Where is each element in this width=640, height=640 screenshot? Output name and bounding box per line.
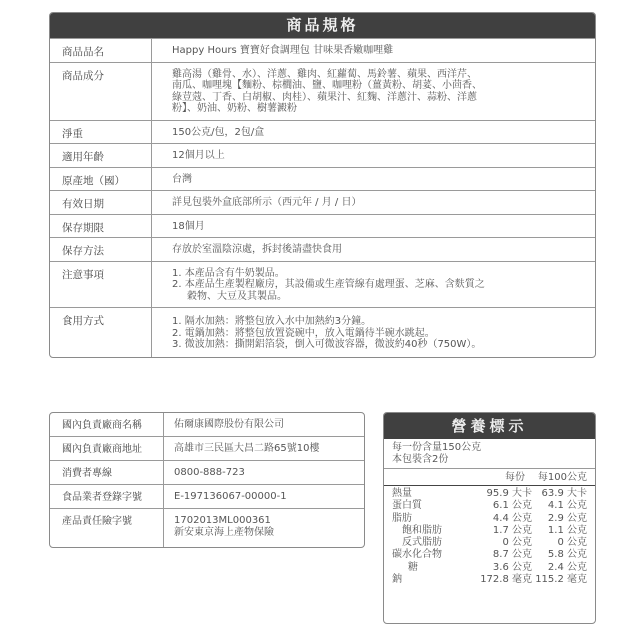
spec-value-line: 綠荳蔻、丁香、白胡椒、肉桂）、蘋果汁、紅麴、洋蔥汁、蒜粉、洋蔥	[172, 92, 595, 104]
note-item-continued: 穀物、大豆及其製品。	[172, 291, 595, 303]
nutrient-name: 蛋白質	[392, 500, 474, 512]
maker-label: 食品業者登錄字號	[50, 485, 164, 508]
nutrition-row-protein: 蛋白質 6.1 公克 4.1 公克	[384, 500, 595, 512]
spec-label: 食用方式	[50, 308, 152, 357]
nutrition-serving-info: 每一份含量150公克 本包裝含2份	[384, 439, 595, 469]
product-spec-table: 商品規格 商品品名 Happy Hours 寶寶好食調理包 甘味果香嫩咖哩雞 商…	[49, 12, 596, 358]
maker-value: 0800-888-723	[164, 461, 364, 484]
spec-label: 商品品名	[50, 39, 152, 62]
spec-value-line: 150公克/包，2包/盒	[172, 127, 595, 139]
per-100g-value: 2.9 公克	[532, 513, 587, 525]
nutrient-name: 反式脂肪	[392, 537, 474, 549]
per-100g-header: 每100公克	[525, 470, 587, 485]
per-serving-value: 6.1 公克	[474, 500, 532, 512]
spec-value: 雞高湯（雞骨、水）、洋蔥、雞肉、紅蘿蔔、馬鈴薯、蘋果、西洋芹、 南瓜、咖哩塊【麵…	[152, 63, 595, 120]
spec-value-line: 粉】、奶油、奶粉、樹薯澱粉	[172, 103, 595, 115]
maker-value: 1702013ML000361 新安東京海上產物保險	[164, 509, 364, 547]
per-100g-value: 2.4 公克	[532, 562, 587, 574]
spec-value: Happy Hours 寶寶好食調理包 甘味果香嫩咖哩雞	[152, 39, 595, 62]
spec-value-line: Happy Hours 寶寶好食調理包 甘味果香嫩咖哩雞	[172, 45, 595, 57]
nutrient-name: 糖	[392, 562, 474, 574]
per-serving-header: 每份	[470, 470, 525, 485]
maker-row-name: 國內負責廠商名稱 佑爾康國際股份有限公司	[50, 413, 364, 436]
spec-label: 有效日期	[50, 191, 152, 214]
nutrition-rows: 熱量 95.9 大卡 63.9 大卡 蛋白質 6.1 公克 4.1 公克 脂肪 …	[384, 486, 595, 586]
maker-value: 佑爾康國際股份有限公司	[164, 413, 364, 436]
nutrition-column-headers: 每份 每100公克	[384, 469, 595, 486]
usage-item: 3. 微波加熱：撕開鋁箔袋，倒入可微波容器，微波約40秒（750W）。	[172, 339, 595, 351]
spec-row-expiry: 有效日期 詳見包裝外盒底部所示（西元年 / 月 / 日）	[50, 190, 595, 214]
spec-label: 適用年齡	[50, 144, 152, 167]
maker-label: 國內負責廠商名稱	[50, 413, 164, 436]
nutrition-row-fat: 脂肪 4.4 公克 2.9 公克	[384, 513, 595, 525]
spec-label: 原產地（國）	[50, 168, 152, 191]
spec-label: 注意事項	[50, 262, 152, 308]
maker-value-line: E-197136067-00000-1	[174, 491, 364, 503]
nutrient-name: 鈉	[392, 574, 474, 586]
spec-value-line: 雞高湯（雞骨、水）、洋蔥、雞肉、紅蘿蔔、馬鈴薯、蘋果、西洋芹、	[172, 69, 595, 81]
maker-row-insurance: 產品責任險字號 1702013ML000361 新安東京海上產物保險	[50, 508, 364, 547]
per-100g-value: 115.2 毫克	[532, 574, 587, 586]
spec-value-line: 台灣	[172, 174, 595, 186]
spec-value-line: 南瓜、咖哩塊【麵粉、棕櫚油、鹽、咖哩粉（薑黃粉、胡荽、小茴香、	[172, 80, 595, 92]
spec-row-age: 適用年齡 12個月以上	[50, 143, 595, 167]
nutrition-title: 營養標示	[384, 413, 595, 439]
spec-value-line: 存放於室溫陰涼處，拆封後請盡快食用	[172, 244, 595, 256]
per-serving-value: 4.4 公克	[474, 513, 532, 525]
spec-row-notes: 注意事項 1. 本產品含有牛奶製品。 2. 本產品生產製程廠房，其設備或生產管線…	[50, 261, 595, 308]
per-serving-value: 172.8 毫克	[474, 574, 532, 586]
maker-row-hotline: 消費者專線 0800-888-723	[50, 460, 364, 484]
nutrition-facts-panel: 營養標示 每一份含量150公克 本包裝含2份 每份 每100公克 熱量 95.9…	[383, 412, 596, 624]
maker-value-line: 高雄市三民區大昌二路65號10樓	[174, 443, 364, 455]
spec-value-line: 18個月	[172, 221, 595, 233]
spec-label: 淨重	[50, 121, 152, 144]
nutrition-row-sugar: 糖 3.6 公克 2.4 公克	[384, 562, 595, 574]
spec-label: 商品成分	[50, 63, 152, 120]
serving-size: 每一份含量150公克	[392, 442, 587, 454]
nutrient-name: 碳水化合物	[392, 549, 474, 561]
nutrition-row-trans-fat: 反式脂肪 0 公克 0 公克	[384, 537, 595, 549]
spec-row-ingredients: 商品成分 雞高湯（雞骨、水）、洋蔥、雞肉、紅蘿蔔、馬鈴薯、蘋果、西洋芹、 南瓜、…	[50, 62, 595, 120]
spec-row-net-weight: 淨重 150公克/包，2包/盒	[50, 120, 595, 144]
spec-row-name: 商品品名 Happy Hours 寶寶好食調理包 甘味果香嫩咖哩雞	[50, 38, 595, 62]
spec-value: 150公克/包，2包/盒	[152, 121, 595, 144]
maker-value-line: 佑爾康國際股份有限公司	[174, 419, 364, 431]
maker-row-address: 國內負責廠商地址 高雄市三民區大昌二路65號10樓	[50, 436, 364, 460]
spec-row-storage: 保存方法 存放於室溫陰涼處，拆封後請盡快食用	[50, 237, 595, 261]
nutrition-row-energy: 熱量 95.9 大卡 63.9 大卡	[384, 488, 595, 500]
note-item: 1. 本產品含有牛奶製品。	[172, 268, 595, 280]
nutrition-row-sodium: 鈉 172.8 毫克 115.2 毫克	[384, 574, 595, 586]
usage-item: 2. 電鍋加熱：將整包放置瓷碗中，放入電鍋待半碗水跳起。	[172, 328, 595, 340]
maker-value: 高雄市三民區大昌二路65號10樓	[164, 437, 364, 460]
servings-per-package: 本包裝含2份	[392, 454, 587, 466]
per-serving-value: 95.9 大卡	[474, 488, 532, 500]
nutrient-name: 熱量	[392, 488, 474, 500]
maker-value-line: 新安東京海上產物保險	[174, 527, 364, 539]
spec-row-usage: 食用方式 1. 隔水加熱：將整包放入水中加熱約3分鐘。 2. 電鍋加熱：將整包放…	[50, 307, 595, 357]
maker-value-line: 1702013ML000361	[174, 515, 364, 527]
nutrition-row-carbohydrate: 碳水化合物 8.7 公克 5.8 公克	[384, 549, 595, 561]
per-100g-value: 5.8 公克	[532, 549, 587, 561]
spec-value: 存放於室溫陰涼處，拆封後請盡快食用	[152, 238, 595, 261]
maker-label: 產品責任險字號	[50, 509, 164, 547]
nutrient-name: 脂肪	[392, 513, 474, 525]
maker-label: 消費者專線	[50, 461, 164, 484]
maker-value-line: 0800-888-723	[174, 467, 364, 479]
note-item: 2. 本產品生產製程廠房，其設備或生產管線有處理蛋、芝麻、含麩質之	[172, 279, 595, 291]
nutrition-row-saturated-fat: 飽和脂肪 1.7 公克 1.1 公克	[384, 525, 595, 537]
per-serving-value: 0 公克	[474, 537, 532, 549]
per-serving-value: 3.6 公克	[474, 562, 532, 574]
maker-value: E-197136067-00000-1	[164, 485, 364, 508]
spec-label: 保存方法	[50, 238, 152, 261]
per-100g-value: 0 公克	[532, 537, 587, 549]
maker-label: 國內負責廠商地址	[50, 437, 164, 460]
spec-value: 1. 隔水加熱：將整包放入水中加熱約3分鐘。 2. 電鍋加熱：將整包放置瓷碗中，…	[152, 308, 595, 357]
per-serving-value: 8.7 公克	[474, 549, 532, 561]
spec-value: 1. 本產品含有牛奶製品。 2. 本產品生產製程廠房，其設備或生產管線有處理蛋、…	[152, 262, 595, 308]
manufacturer-table: 國內負責廠商名稱 佑爾康國際股份有限公司 國內負責廠商地址 高雄市三民區大昌二路…	[49, 412, 365, 548]
spec-value: 台灣	[152, 168, 595, 191]
spec-value-line: 詳見包裝外盒底部所示（西元年 / 月 / 日）	[172, 197, 595, 209]
per-100g-value: 1.1 公克	[532, 525, 587, 537]
spec-title: 商品規格	[50, 13, 595, 38]
nutrient-name: 飽和脂肪	[392, 525, 474, 537]
per-serving-value: 1.7 公克	[474, 525, 532, 537]
spec-value: 詳見包裝外盒底部所示（西元年 / 月 / 日）	[152, 191, 595, 214]
per-100g-value: 63.9 大卡	[532, 488, 587, 500]
spec-value-line: 12個月以上	[172, 150, 595, 162]
spec-value: 18個月	[152, 215, 595, 238]
spec-label: 保存期限	[50, 215, 152, 238]
per-100g-value: 4.1 公克	[532, 500, 587, 512]
nutrient-column-header	[392, 470, 470, 485]
spec-value: 12個月以上	[152, 144, 595, 167]
spec-row-shelf-life: 保存期限 18個月	[50, 214, 595, 238]
maker-row-registration: 食品業者登錄字號 E-197136067-00000-1	[50, 484, 364, 508]
spec-row-origin: 原產地（國） 台灣	[50, 167, 595, 191]
usage-item: 1. 隔水加熱：將整包放入水中加熱約3分鐘。	[172, 316, 595, 328]
